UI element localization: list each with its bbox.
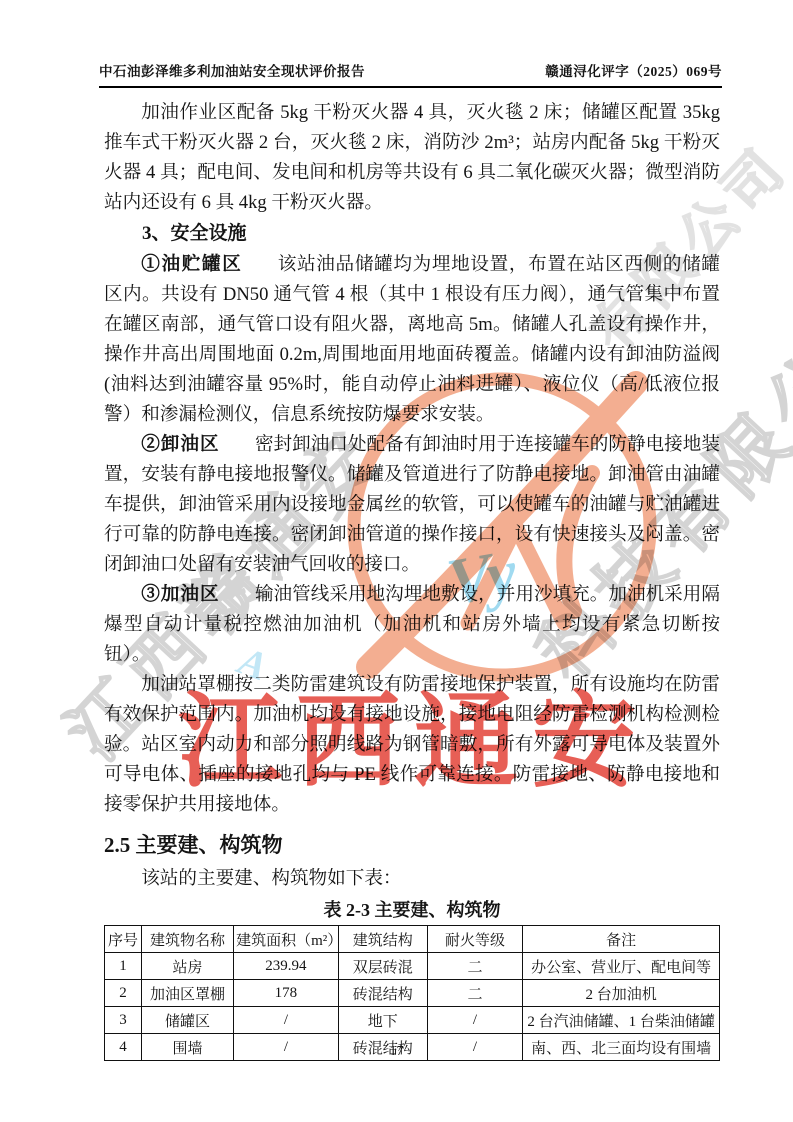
table-header-row: 序号 建筑物名称 建筑面积（m²） 建筑结构 耐火等级 备注 xyxy=(105,926,720,953)
table-caption: 表 2-3 主要建、构筑物 xyxy=(104,898,720,922)
col-header-fire-rating: 耐火等级 xyxy=(427,926,522,953)
paragraph-unloading-area: ②卸油区密封卸油口处配备有卸油时用于连接罐车的防静电接地装置，安装有静电接地报警… xyxy=(104,430,720,580)
col-header-area: 建筑面积（m²） xyxy=(234,926,339,953)
table-cell: 储罐区 xyxy=(141,1007,233,1034)
page-number: 17 xyxy=(0,1044,793,1060)
table-cell: 双层砖混 xyxy=(338,953,427,980)
table-cell: 地下 xyxy=(338,1007,427,1034)
table-cell: 3 xyxy=(105,1007,142,1034)
label-refueling-area: ③加油区 xyxy=(141,584,219,605)
header-report-title: 中石油彭泽维多利加油站安全现状评价报告 xyxy=(99,60,365,80)
table-cell: 2 xyxy=(105,980,142,1007)
table-cell: 2 台汽油储罐、1 台柴油储罐 xyxy=(523,1007,720,1034)
table-cell: 178 xyxy=(234,980,339,1007)
table-cell: 二 xyxy=(427,953,522,980)
paragraph-table-intro: 该站的主要建、构筑物如下表： xyxy=(104,864,720,894)
table-row: 2 加油区罩棚 178 砖混结构 二 2 台加油机 xyxy=(105,980,720,1007)
col-header-name: 建筑物名称 xyxy=(141,926,233,953)
paragraph-refueling-area: ③加油区输油管线采用地沟埋地敷设，并用沙填充。加油机采用隔爆型自动计量税控燃油加… xyxy=(104,580,720,670)
table-row: 1 站房 239.94 双层砖混 二 办公室、营业厅、配电间等 xyxy=(105,953,720,980)
table-cell: 二 xyxy=(427,980,522,1007)
table-cell: 2 台加油机 xyxy=(523,980,720,1007)
table-cell: / xyxy=(427,1007,522,1034)
table-cell: 1 xyxy=(105,953,142,980)
paragraph-lightning-protection: 加油站罩棚按二类防雷建筑设有防雷接地保护装置，所有设施均在防雷有效保护范围内。加… xyxy=(104,670,720,820)
document-body: 加油作业区配备 5kg 干粉灭火器 4 具，灭火毯 2 床；储罐区配置 35kg… xyxy=(104,98,720,1061)
page-header: 中石油彭泽维多利加油站安全现状评价报告 赣通浔化评字（2025）069号 xyxy=(99,60,722,80)
heading-safety-facilities: 3、安全设施 xyxy=(104,218,720,250)
paragraph-fire-equipment: 加油作业区配备 5kg 干粉灭火器 4 具，灭火毯 2 床；储罐区配置 35kg… xyxy=(104,98,720,218)
header-doc-number: 赣通浔化评字（2025）069号 xyxy=(545,60,722,80)
paragraph-tank-area: ①油贮罐区该站油品储罐均为埋地设置，布置在站区西侧的储罐区内。共设有 DN50 … xyxy=(104,250,720,430)
col-header-remark: 备注 xyxy=(523,926,720,953)
col-header-index: 序号 xyxy=(105,926,142,953)
table-cell: / xyxy=(234,1007,339,1034)
heading-main-buildings: 2.5 主要建、构筑物 xyxy=(104,830,720,860)
label-tank-area: ①油贮罐区 xyxy=(141,254,242,275)
text-tank-area: 该站油品储罐均为埋地设置，布置在站区西侧的储罐区内。共设有 DN50 通气管 4… xyxy=(104,254,720,425)
table-cell: 加油区罩棚 xyxy=(141,980,233,1007)
table-cell: 办公室、营业厅、配电间等 xyxy=(523,953,720,980)
buildings-table: 序号 建筑物名称 建筑面积（m²） 建筑结构 耐火等级 备注 1 站房 239.… xyxy=(104,925,720,1061)
col-header-structure: 建筑结构 xyxy=(338,926,427,953)
header-divider xyxy=(99,86,722,88)
table-cell: 砖混结构 xyxy=(338,980,427,1007)
document-page: 中石油彭泽维多利加油站安全现状评价报告 赣通浔化评字（2025）069号 加油作… xyxy=(0,0,793,1122)
label-unloading-area: ②卸油区 xyxy=(141,434,219,455)
table-row: 3 储罐区 / 地下 / 2 台汽油储罐、1 台柴油储罐 xyxy=(105,1007,720,1034)
text-unloading-area: 密封卸油口处配备有卸油时用于连接罐车的防静电接地装置，安装有静电接地报警仪。储罐… xyxy=(104,434,720,575)
table-cell: 站房 xyxy=(141,953,233,980)
table-cell: 239.94 xyxy=(234,953,339,980)
